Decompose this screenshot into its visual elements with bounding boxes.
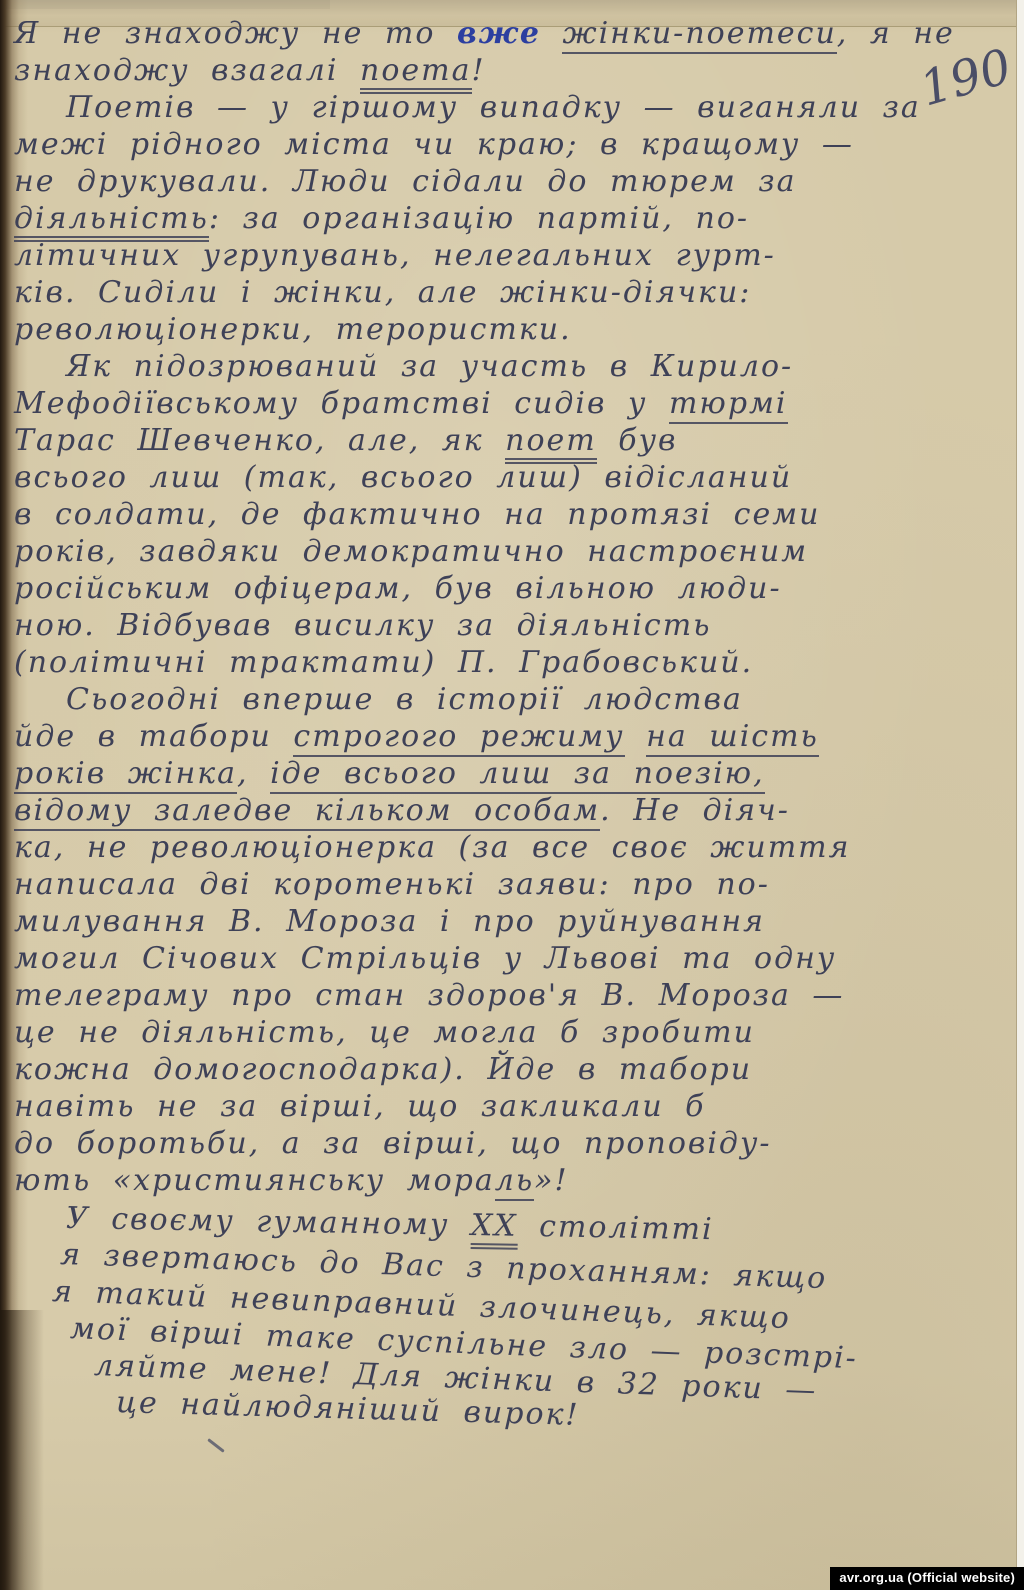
text-line: межі рідного міста чи краю; в кращому — [14,126,1004,163]
underlined-text: жінки-поетеси [562,16,836,54]
text-line: Я не знаходжу не то вже жінки-поетеси, я… [14,15,1004,52]
text-line: ків. Сиділи і жінки, але жінки-діячки: [14,274,1004,311]
text-line: кожна домогосподарка). Йде в табори [14,1051,1004,1088]
text-segment: це не діяльність, це могла б зробити [14,1015,755,1050]
text-line: років, завдяки демократично настроєним [14,533,1004,570]
text-segment: , я не [837,16,955,51]
text-segment: ка, не революціонерка (за все своє життя [14,830,850,865]
underlined-text: іде всього лиш за поезію, [270,756,765,794]
text-segment [625,719,647,754]
text-segment: років, завдяки демократично настроєним [14,534,808,569]
text-line: Як підозрюваний за участь в Кирило- [14,348,1004,385]
text-segment: : за організацію партій, по- [209,201,749,236]
text-line: ною. Відбував висилку за діяльність [14,607,1004,644]
text-segment: Тарас Шевченко, але, як [14,423,505,458]
text-segment: всього лиш (так, всього лиш) відісланий [14,460,792,495]
underlined-text: відому заледве кільком особам [14,793,600,831]
text-segment: літичних угрупувань, нелегальних гурт- [14,238,776,273]
underlined-text: років жінка [14,756,237,794]
text-line: (політичні трактати) П. Грабовський. [14,644,1004,681]
text-line: революціонерки, терористки. [14,311,1004,348]
text-line: російським офіцерам, був вільною люди- [14,570,1004,607]
text-segment: Мефодіївському братстві сидів у [14,386,669,421]
text-segment: ною. Відбував висилку за діяльність [14,608,712,643]
text-segment: ! [472,53,486,88]
text-line: йде в табори строгого режиму на шість [14,718,1004,755]
text-line: Поетів — у гіршому випадку — виганяли за [14,89,1004,126]
text-segment: милування В. Мороза і про руйнування [14,904,765,939]
text-segment: ють «християнську мора [14,1163,495,1198]
underlined-text: діяльність [14,201,209,242]
text-segment: в солдати, де фактично на протязі семи [14,497,820,532]
text-line: Сьогодні вперше в історії людства [14,681,1004,718]
text-segment: був [597,423,678,458]
text-segment: (політичні трактати) П. Грабовський. [14,645,753,680]
text-line: не друкували. Люди сідали до тюрем за [14,163,1004,200]
text-segment: Як підозрюваний за участь в Кирило- [66,349,793,384]
underlined-text: XX [470,1208,517,1250]
text-line: це не діяльність, це могла б зробити [14,1014,1004,1051]
underlined-text: поет [505,423,597,464]
text-line: років жінка, іде всього лиш за поезію, [14,755,1004,792]
text-line: могил Січових Стрільців у Львові та одну [14,940,1004,977]
text-line: ка, не революціонерка (за все своє життя [14,829,1004,866]
text-segment: написала дві коротенькі заяви: про по- [14,867,770,902]
text-segment: Поетів — у гіршому випадку — виганяли за [66,90,921,125]
text-segment: кожна домогосподарка). Йде в табори [14,1052,752,1087]
text-segment: , [237,756,270,791]
text-segment: ків. Сиділи і жінки, але жінки-діячки: [14,275,751,310]
blue-ink-correction: вже [457,16,541,51]
underlined-text: ль [495,1163,534,1201]
text-segment [541,16,563,51]
text-segment: знаходжу взагалі [14,53,360,88]
underlined-text: поета [360,53,471,94]
text-line: написала дві коротенькі заяви: про по- [14,866,1004,903]
text-segment: не друкували. Люди сідали до тюрем за [14,164,797,199]
text-line: відому заледве кільком особам. Не діяч- [14,792,1004,829]
handwritten-text-block: Я не знаходжу не то вже жінки-поетеси, я… [14,15,1004,1421]
text-segment: телеграму про стан здоров'я В. Мороза — [14,978,844,1013]
text-line: знаходжу взагалі поета! [14,52,1004,89]
text-line: діяльність: за організацію партій, по- [14,200,1004,237]
text-line: навіть не за вірші, що закликали б [14,1088,1004,1125]
text-segment: »! [534,1163,568,1198]
text-segment: У своєму гуманному [66,1201,471,1243]
text-segment: Я не знаходжу не то [14,16,457,51]
text-line: всього лиш (так, всього лиш) відісланий [14,459,1004,496]
text-line: милування В. Мороза і про руйнування [14,903,1004,940]
text-line: в солдати, де фактично на протязі семи [14,496,1004,533]
text-line: Тарас Шевченко, але, як поет був [14,422,1004,459]
text-line: Мефодіївському братстві сидів у тюрмі [14,385,1004,422]
underlined-text: тюрмі [669,386,788,424]
text-segment: . Не діяч- [600,793,790,828]
underlined-text: строгого режиму [293,719,624,757]
text-segment: столітті [517,1209,714,1247]
text-line: телеграму про стан здоров'я В. Мороза — [14,977,1004,1014]
scan-right-edge [1016,0,1024,1590]
text-segment: межі рідного міста чи краю; в кращому — [14,127,854,162]
text-segment: йде в табори [14,719,293,754]
text-segment: російським офіцерам, був вільною люди- [14,571,782,606]
text-segment: навіть не за вірші, що закликали б [14,1089,705,1124]
watermark-badge: avr.org.ua (Official website) [830,1567,1024,1590]
text-line: до боротьби, а за вірші, що проповіду- [14,1125,1004,1162]
text-segment: могил Січових Стрільців у Львові та одну [14,941,836,976]
text-segment: Сьогодні вперше в історії людства [66,682,743,717]
text-line: ють «християнську мораль»! [14,1162,1004,1199]
text-line: літичних угрупувань, нелегальних гурт- [14,237,1004,274]
text-segment: революціонерки, терористки. [14,312,572,347]
underlined-text: на шість [646,719,819,757]
text-segment: до боротьби, а за вірші, що проповіду- [14,1126,772,1161]
